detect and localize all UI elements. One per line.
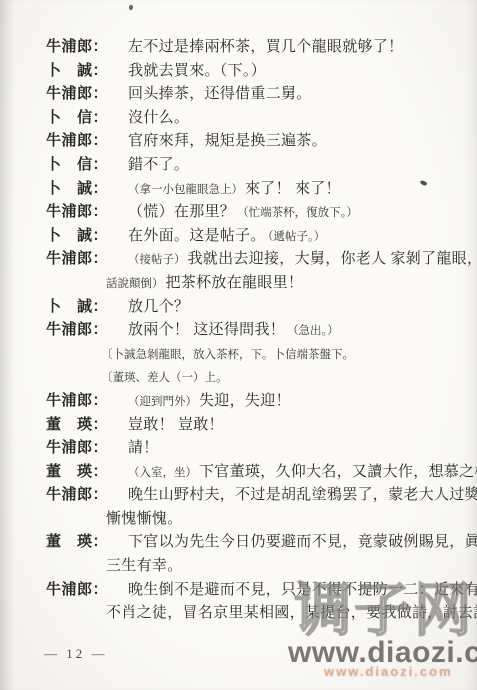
dialogue-segment: 錯不了。	[128, 157, 189, 173]
ink-speck-icon	[129, 5, 133, 10]
script-line: 卜 信：沒什么。	[0, 107, 477, 131]
stage-direction-line: 〔董瑛、差人（一）上。	[0, 366, 477, 390]
script-line: 牛浦郎：放兩个！ 这还得問我！（急出。）	[0, 319, 477, 343]
speaker-name: 牛浦郎：	[46, 437, 108, 461]
script-line: 董 瑛：下官以为先生今日仍要避而不見，竟蒙破例賜見，眞是	[0, 531, 477, 555]
dialogue-segment: 來了！ 來了！	[245, 181, 341, 197]
speaker-name: 董 瑛：	[46, 414, 108, 438]
scanned-script-page: 牛浦郎：左不过是捧兩杯茶，買几个龍眼就够了！卜 誠：我就去買來。（下。）牛浦郎：…	[0, 0, 477, 690]
dialogue-segment: 把茶杯放在龍眼里！	[166, 275, 304, 291]
script-line: 牛浦郎：（接帖子）我就出去迎接，大舅，你老人 家剝了龍眼，（把	[0, 248, 477, 272]
dialogue-segment: 沒什么。	[128, 110, 189, 126]
stage-direction-line: 〔卜誠急剝龍眼，放入茶杯，下。卜信端茶盤下。	[0, 343, 477, 367]
stage-note-segment: （迎到門外）	[128, 396, 197, 408]
dialogue-segment: 慚愧慚愧。	[106, 511, 183, 527]
dialogue-segment: 放兩个！ 这还得問我！	[128, 322, 285, 338]
script-line: 牛浦郎：官府來拜，規矩是换三遍茶。	[0, 130, 477, 154]
script-line: 牛浦郎：回头捧茶，还得借重二舅。	[0, 83, 477, 107]
script-line: 卜 誠：我就去買來。（下。）	[0, 60, 477, 84]
speaker-name: 卜 誠：	[46, 60, 108, 84]
speaker-name: 牛浦郎：	[46, 83, 108, 107]
script-line: 牛浦郎：（迎到門外）失迎，失迎！	[0, 390, 477, 414]
script-line: 董 瑛：（入室，坐）下官董瑛，久仰大名，又讀大作，想慕之極。	[0, 461, 477, 485]
speaker-name: 卜 誠：	[46, 225, 108, 249]
speaker-name: 卜 誠：	[46, 296, 108, 320]
dialogue-segment: 晚生山野村夫，不过是胡乱塗鴉罢了，蒙老大人过獎，	[128, 487, 477, 503]
dialogue-segment: 三生有幸。	[106, 558, 183, 574]
script-line: 卜 誠：在外面。这是帖子。（遞帖子。）	[0, 225, 477, 249]
speaker-name: 牛浦郎：	[46, 319, 108, 343]
script-line: 牛浦郎：請！	[0, 437, 477, 461]
speaker-name: 卜 誠：	[46, 178, 108, 202]
speaker-name: 牛浦郎：	[46, 36, 108, 60]
script-line: 卜 誠：放几个？	[0, 296, 477, 320]
watermark-url-echo: www.diaozi.com	[324, 664, 453, 679]
script-line: 牛浦郎：（慌）在那里？（忙端茶杯，復放下。）	[0, 201, 477, 225]
script-line: 不肖之徒，冒名京里某相國，某提台，要我做詩，討去詩	[0, 602, 477, 626]
script-line: 牛浦郎：晚生倒不是避而不見，只是不得不提防一二：近來有那	[0, 579, 477, 603]
stage-note-segment: 話說顛倒）	[106, 278, 164, 290]
stage-note-segment: （入室，坐）	[128, 467, 197, 479]
dialogue-segment: 回头捧茶，还得借重二舅。	[128, 86, 312, 102]
dialogue-segment: 我就去買來。（下。）	[128, 63, 266, 79]
script-line: 話說顛倒）把茶杯放在龍眼里！	[0, 272, 477, 296]
speaker-name: 卜 信：	[46, 154, 108, 178]
stage-note-segment: （急出。）	[287, 325, 339, 337]
stage-note-segment: 〔董瑛、差人（一）上。	[101, 372, 228, 384]
dialogue-segment: 在外面。这是帖子。	[128, 228, 266, 244]
speaker-name: 董 瑛：	[46, 531, 108, 555]
speaker-name: 董 瑛：	[46, 461, 108, 485]
speaker-name: 牛浦郎：	[46, 248, 108, 272]
dialogue-segment: 放几个？	[128, 299, 189, 315]
dialogue-segment: 不肖之徒，冒名京里某相國，某提台，要我做詩，討去詩	[106, 605, 477, 621]
speaker-name: 牛浦郎：	[46, 579, 108, 603]
script-line: 卜 誠：（拿一小包龍眼急上）來了！ 來了！	[0, 178, 477, 202]
dialogue-segment: （慌）在那里？	[128, 204, 235, 220]
dialogue-segment: 官府來拜，規矩是换三遍茶。	[128, 133, 327, 149]
dialogue-segment: 晚生倒不是避而不見，只是不得不提防一二：近來有那	[128, 582, 477, 598]
script-line: 卜 信：錯不了。	[0, 154, 477, 178]
speaker-name: 牛浦郎：	[46, 484, 108, 508]
speaker-name: 牛浦郎：	[46, 201, 108, 225]
stage-note-segment: 〔卜誠急剝龍眼，放入茶杯，下。卜信端茶盤下。	[101, 349, 354, 361]
script-line: 慚愧慚愧。	[0, 508, 477, 532]
speaker-name: 卜 信：	[46, 107, 108, 131]
speaker-name: 牛浦郎：	[46, 390, 108, 414]
speaker-name: 牛浦郎：	[46, 130, 108, 154]
stage-note-segment: （遞帖子。）	[268, 231, 326, 243]
stage-note-segment: （忙端茶杯，復放下。）	[237, 207, 358, 219]
watermark-site-url: www.diaozi.com	[288, 638, 477, 668]
script-line: 三生有幸。	[0, 555, 477, 579]
script-line: 牛浦郎：左不过是捧兩杯茶，買几个龍眼就够了！	[0, 36, 477, 60]
dialogue-segment: 請！	[128, 440, 159, 456]
dialogue-segment: 我就出去迎接，大舅，你老人 家剝了龍眼，	[188, 251, 477, 267]
page-number: — 12 —	[44, 646, 108, 662]
dialogue-segment: 下官以为先生今日仍要避而不見，竟蒙破例賜見，眞是	[128, 534, 477, 550]
stage-note-segment: （接帖子）	[128, 254, 186, 266]
dialogue-segment: 左不过是捧兩杯茶，買几个龍眼就够了！	[128, 39, 403, 55]
dialogue-segment: 失迎，失迎！	[199, 393, 291, 409]
dialogue-segment: 下官董瑛，久仰大名，又讀大作，想慕之極。	[199, 464, 477, 480]
stage-note-segment: （拿一小包龍眼急上）	[128, 184, 243, 196]
dialogue-segment: 豈敢！ 豈敢！	[128, 417, 224, 433]
script-line: 牛浦郎：晚生山野村夫，不过是胡乱塗鴉罢了，蒙老大人过獎，	[0, 484, 477, 508]
script-text-block: 牛浦郎：左不过是捧兩杯茶，買几个龍眼就够了！卜 誠：我就去買來。（下。）牛浦郎：…	[0, 36, 477, 626]
script-line: 董 瑛：豈敢！ 豈敢！	[0, 414, 477, 438]
